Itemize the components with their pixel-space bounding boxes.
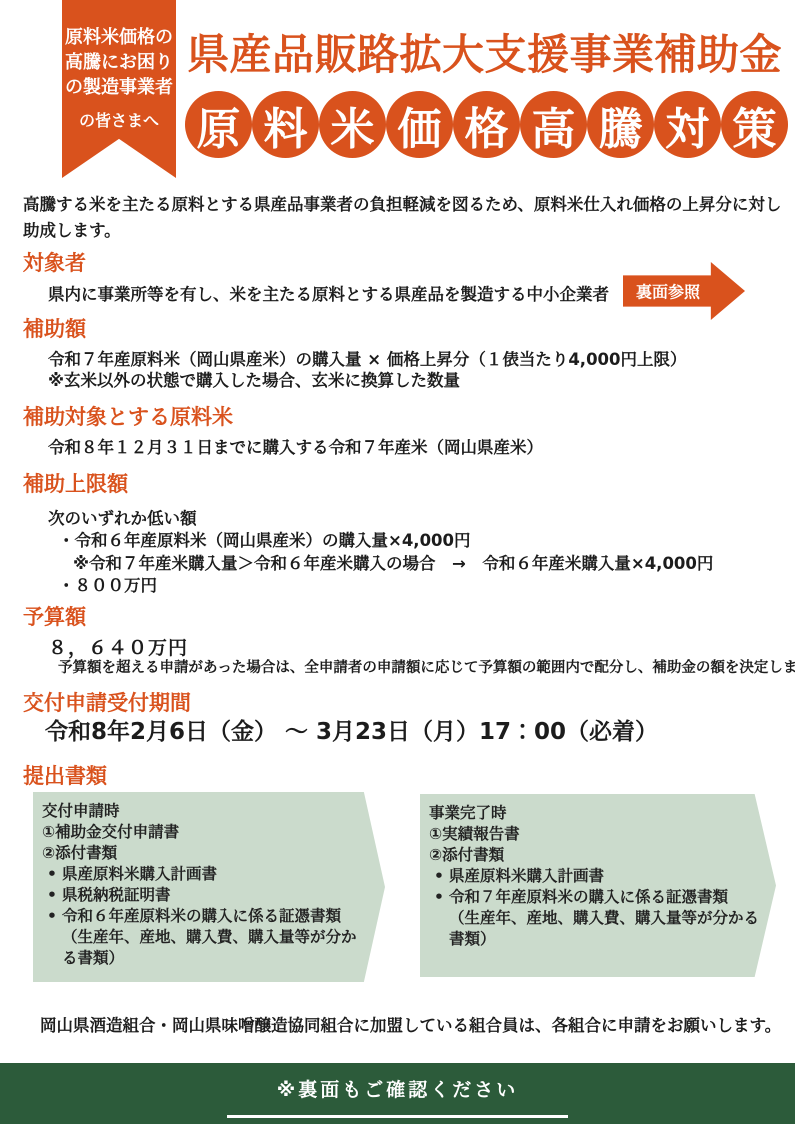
bullet-icon: • [42, 885, 62, 906]
badge-circle: 策 [721, 91, 788, 158]
badge-circle: 騰 [587, 91, 654, 158]
application-period-value: 令和8年2月6日（金） ～ 3月23日（月）17：00（必着） [45, 713, 658, 746]
doc-box-line: ②添付書類 [42, 843, 371, 864]
intro-line: 高騰する米を主たる原料とする県産品事業者の負担軽減を図るため、原料米仕入れ価格の… [23, 192, 781, 218]
subsidy-cap-note: ※令和７年産米購入量＞令和６年産米購入の場合 → 令和６年産米購入量×4,000… [73, 550, 713, 574]
back-side-arrow-label: 裏面参照 [627, 280, 709, 303]
ribbon-text-line: 高騰にお困り [62, 50, 176, 75]
doc-box-bullet-text: 県産原料米購入計画書 [449, 866, 762, 887]
badge-circle: 高 [520, 91, 587, 158]
doc-box-bullet-text: 県産原料米購入計画書 [62, 864, 371, 885]
documents-box-application: 交付申請時 ①補助金交付申請書 ②添付書類 • 県産原料米購入計画書 • 県税納… [33, 792, 385, 982]
badge-circle: 対 [654, 91, 721, 158]
audience-ribbon: 原料米価格の 高騰にお困り の製造事業者 の皆さまへ [62, 0, 176, 178]
flyer-page: 原料米価格の 高騰にお困り の製造事業者 の皆さまへ 県産品販路拡大支援事業補助… [0, 0, 795, 1124]
doc-box-bullet-text: 令和７年産原料米の購入に係る証憑書類 （生産年、産地、購入費、購入量等が分かる書… [449, 887, 762, 950]
doc-box-bullet-text: 令和６年産原料米の購入に係る証憑書類 （生産年、産地、購入費、購入量等が分かる書… [62, 906, 371, 969]
target-body: 県内に事業所等を有し、米を主たる原料とする県産品を製造する中小企業者 [48, 281, 609, 305]
bullet-icon: • [42, 864, 62, 885]
bullet-icon: • [42, 906, 62, 969]
section-heading-eligible-rice: 補助対象とする原料米 [23, 401, 233, 431]
subsidy-cap-intro: 次のいずれか低い額 [48, 505, 197, 529]
page-title: 県産品販路拡大支援事業補助金 [187, 22, 782, 82]
badge-circle: 料 [252, 91, 319, 158]
doc-box-line: ①実績報告書 [429, 824, 762, 845]
section-heading-budget: 予算額 [23, 601, 86, 631]
intro-paragraph: 高騰する米を主たる原料とする県産品事業者の負担軽減を図るため、原料米仕入れ価格の… [23, 192, 781, 244]
badge-circle: 格 [453, 91, 520, 158]
section-heading-subsidy-amount: 補助額 [23, 313, 86, 343]
badge-circle: 米 [319, 91, 386, 158]
footer-bar: ※裏面もご確認ください [0, 1063, 795, 1124]
subsidy-cap-item: ・８００万円 [58, 572, 157, 596]
badge-circle: 原 [185, 91, 252, 158]
doc-box-title: 交付申請時 [42, 801, 371, 822]
intro-line: 助成します。 [23, 218, 781, 244]
ribbon-text-line: の製造事業者 [62, 75, 176, 100]
ribbon-text-line: 原料米価格の [62, 0, 176, 50]
back-side-arrow: 裏面参照 [623, 262, 745, 320]
doc-box-bullet: • 県税納税証明書 [42, 885, 371, 906]
doc-box-bullet: • 県産原料米購入計画書 [42, 864, 371, 885]
doc-box-bullet: • 令和６年産原料米の購入に係る証憑書類 （生産年、産地、購入費、購入量等が分か… [42, 906, 371, 969]
documents-box-completion: 事業完了時 ①実績報告書 ②添付書類 • 県産原料米購入計画書 • 令和７年産原… [420, 794, 776, 977]
subsidy-amount-note: ※玄米以外の状態で購入した場合、玄米に換算した数量 [48, 367, 460, 391]
doc-box-line: ①補助金交付申請書 [42, 822, 371, 843]
doc-box-bullet-text: 県税納税証明書 [62, 885, 371, 906]
doc-box-bullet: • 令和７年産原料米の購入に係る証憑書類 （生産年、産地、購入費、購入量等が分か… [429, 887, 762, 950]
bullet-icon: • [429, 866, 449, 887]
footer-bar-text: ※裏面もご確認ください [0, 1063, 795, 1102]
doc-box-line: ②添付書類 [429, 845, 762, 866]
badge-circle: 価 [386, 91, 453, 158]
section-heading-subsidy-cap: 補助上限額 [23, 468, 128, 498]
budget-note: 予算額を超える申請があった場合は、全申請者の申請額に応じて予算額の範囲内で配分し… [58, 656, 795, 677]
eligible-rice-body: 令和８年１２月３１日までに購入する令和７年産米（岡山県産米） [48, 434, 543, 458]
footer-divider-line [227, 1115, 568, 1118]
subsidy-cap-item: ・令和６年産原料米（岡山県産米）の購入量×4,000円 [58, 527, 471, 551]
subtitle-badge-row: 原 料 米 価 格 高 騰 対 策 [185, 91, 788, 158]
bullet-icon: • [429, 887, 449, 950]
section-heading-target: 対象者 [23, 247, 86, 277]
association-note: 岡山県酒造組合・岡山県味噌醸造協同組合に加盟している組合員は、各組合に申請をお願… [40, 1012, 781, 1036]
doc-box-bullet: • 県産原料米購入計画書 [429, 866, 762, 887]
doc-box-title: 事業完了時 [429, 803, 762, 824]
ribbon-text-tail: の皆さまへ [62, 108, 176, 131]
section-heading-documents: 提出書類 [23, 760, 107, 790]
